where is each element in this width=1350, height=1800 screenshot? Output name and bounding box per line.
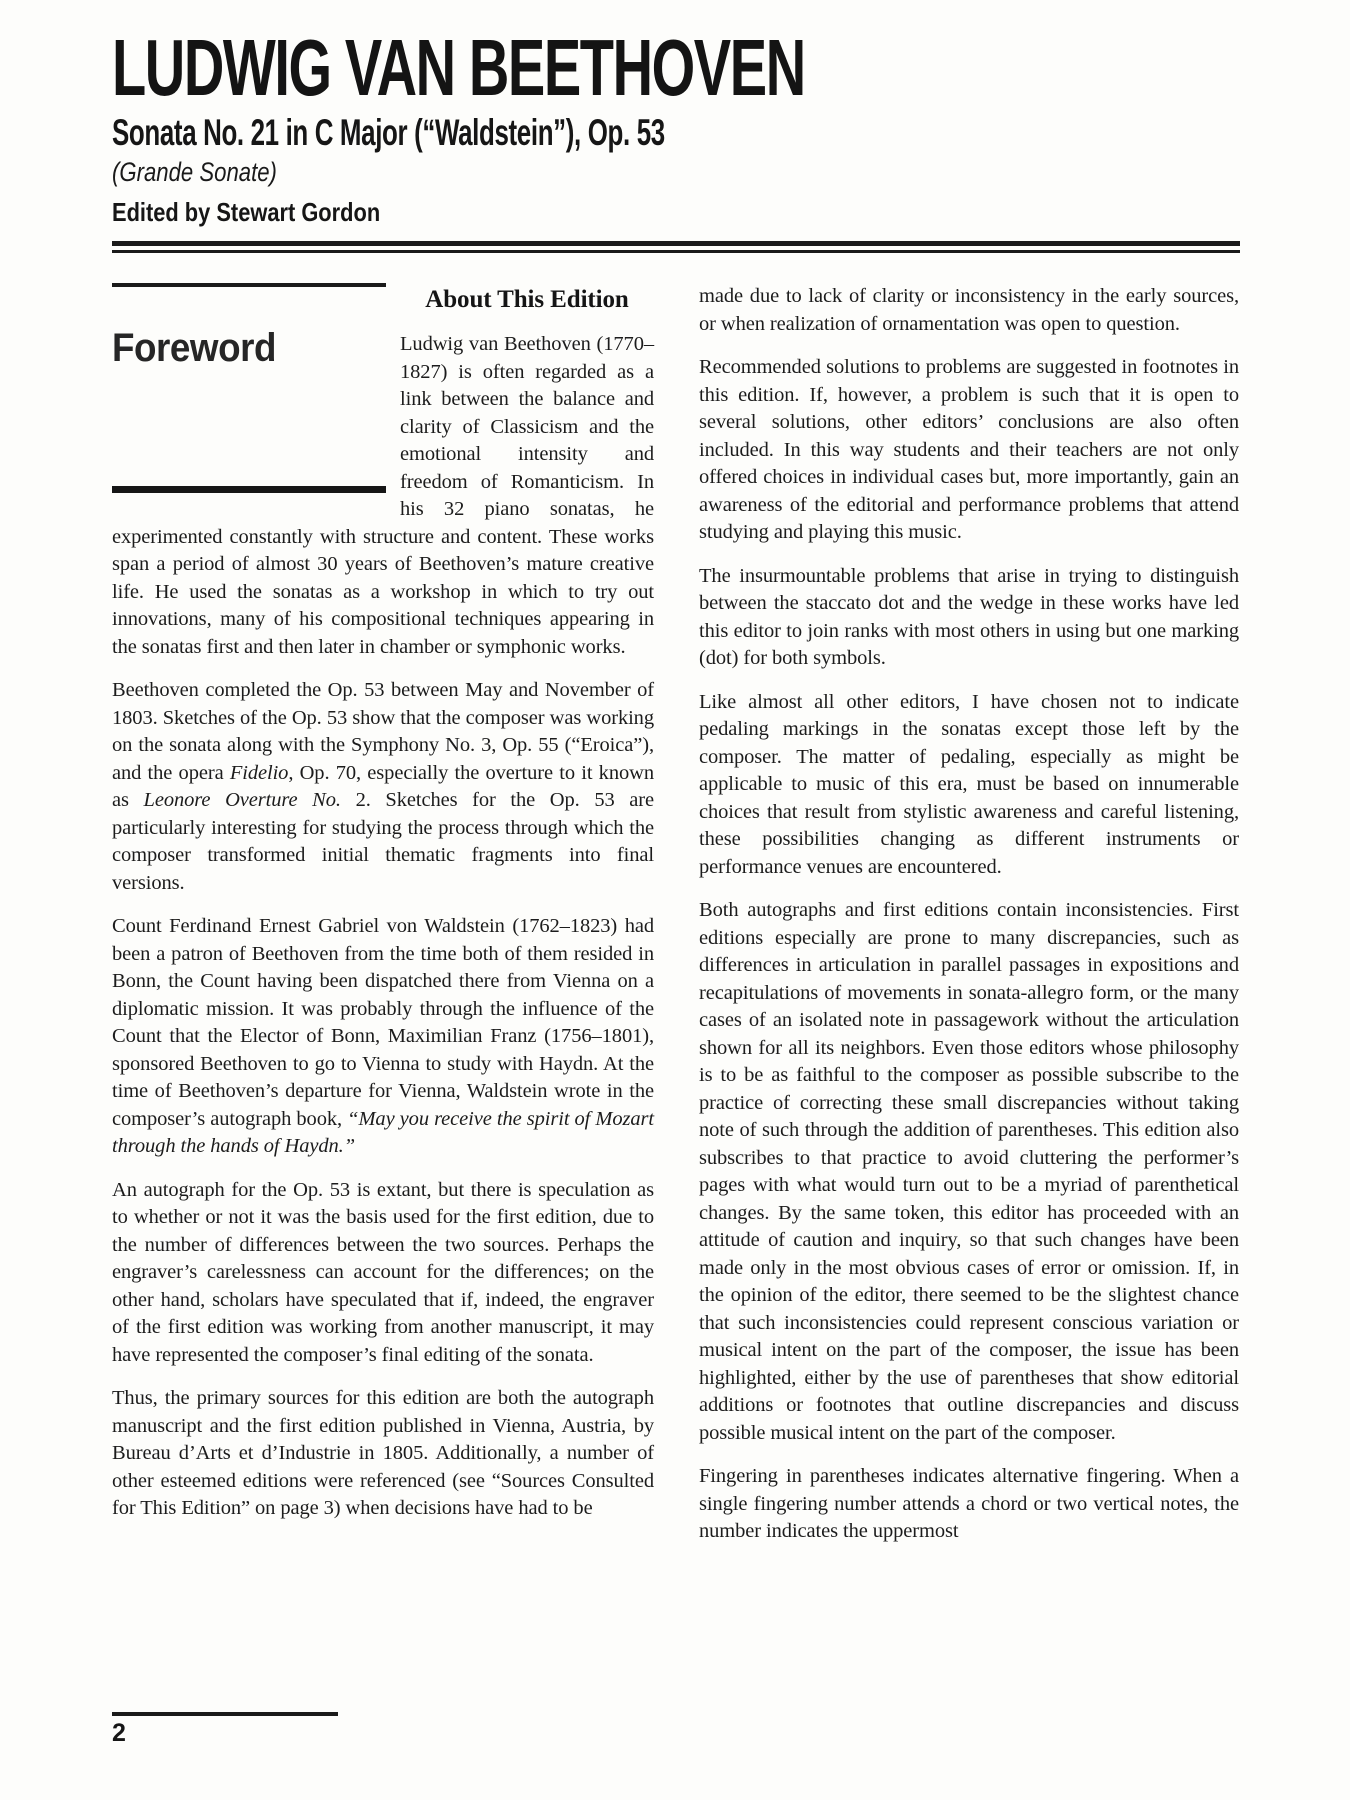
page-number: 2 bbox=[112, 1719, 338, 1748]
foreword-heading: Foreword bbox=[112, 335, 276, 363]
paragraph: An autograph for the Op. 53 is extant, b… bbox=[112, 1177, 654, 1370]
foreword-rule-top bbox=[112, 283, 386, 287]
work-title: Sonata No. 21 in C Major (“Waldstein”), … bbox=[112, 112, 902, 153]
text-columns: Foreword About This Edition Ludwig van B… bbox=[0, 253, 1350, 1546]
paragraph: Fingering in parentheses indicates alter… bbox=[699, 1463, 1239, 1546]
paragraph: made due to lack of clarity or inconsist… bbox=[699, 283, 1239, 338]
composer-title: LUDWIG VAN BEETHOVEN bbox=[112, 28, 902, 108]
page-header: LUDWIG VAN BEETHOVEN Sonata No. 21 in C … bbox=[0, 0, 1350, 228]
right-column: made due to lack of clarity or inconsist… bbox=[699, 283, 1239, 1546]
paragraph: Recommended solutions to problems are su… bbox=[699, 354, 1239, 547]
right-column-text: made due to lack of clarity or inconsist… bbox=[699, 283, 1239, 1546]
page-footer: 2 bbox=[112, 1712, 338, 1748]
editor-credit: Edited by Stewart Gordon bbox=[112, 198, 1060, 228]
paragraph: Beethoven completed the Op. 53 between M… bbox=[112, 677, 654, 897]
page: LUDWIG VAN BEETHOVEN Sonata No. 21 in C … bbox=[0, 0, 1350, 1800]
foreword-rule-bottom bbox=[112, 486, 386, 493]
paragraph: Thus, the primary sources for this editi… bbox=[112, 1385, 654, 1523]
work-subtitle: (Grande Sonate) bbox=[112, 157, 1037, 188]
foreword-block: Foreword bbox=[112, 283, 386, 521]
paragraph: Count Ferdinand Ernest Gabriel von Walds… bbox=[112, 913, 654, 1161]
left-column: Foreword About This Edition Ludwig van B… bbox=[112, 283, 654, 1546]
paragraph: Like almost all other editors, I have ch… bbox=[699, 689, 1239, 882]
header-divider-rule bbox=[112, 241, 1240, 253]
paragraph: Both autographs and first editions conta… bbox=[699, 897, 1239, 1447]
paragraph: The insurmountable problems that arise i… bbox=[699, 563, 1239, 673]
